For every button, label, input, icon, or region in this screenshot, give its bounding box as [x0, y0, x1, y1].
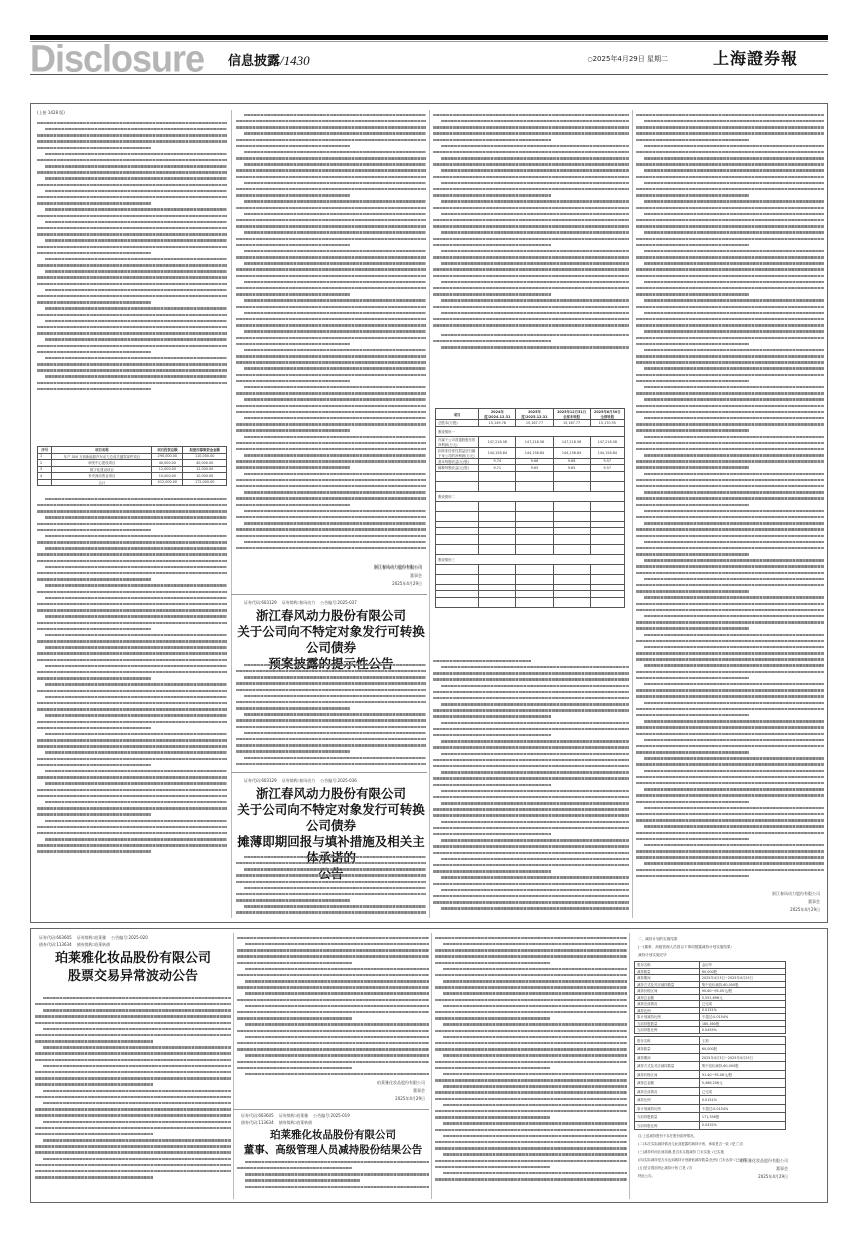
cfmoto-presale-article: 证券代码:603129 证券简称:春风动力 公告编号:2025-037 浙江春风… [236, 598, 426, 768]
body-text-block [237, 1157, 429, 1192]
column-divider [429, 110, 430, 918]
cfmoto-dilution-body-2: 浙江春风动力股份有限公司 董事会 2025年4月29日 [636, 108, 824, 918]
table-row: 减持方式及对应减持数量集中竞价减持,60,000股 [635, 1062, 786, 1071]
brand-wordmark: Disclosure [30, 41, 204, 77]
signature-block-1: 浙江春风动力股份有限公司 董事会 2025年4月29日 [236, 564, 422, 588]
column-divider [632, 110, 633, 918]
proya-reduction-body [435, 931, 627, 1201]
column-divider [231, 110, 232, 918]
body-text-block [435, 933, 627, 1184]
stock-codes: 证券代码:603605 证券简称:珀莱雅 公告编号:2025-019 [241, 1113, 429, 1119]
reduction-results-column: 二、减持计划的实施结果 (一)董事、高级管理人员因以下事项披露减持计划实施结果:… [632, 931, 792, 1201]
article-title: 珀莱雅化妆品股份有限公司 董事、高级管理人员减持股份结果公告 [237, 1128, 429, 1158]
body-text-block [37, 118, 227, 438]
masthead-bottom-rule [30, 74, 828, 75]
result-heading: 二、减持计划的实施结果 [638, 937, 792, 942]
cfmoto-dilution-article-head: 证券代码:603129 证券简称:春风动力 公告编号:2025-036 浙江春风… [236, 776, 426, 918]
financial-impact-table: 项目 2024年度/2024.12.31 2025年度/2025.12.31 2… [435, 408, 625, 608]
bond-codes: 债券代码:113634 债券简称:珀莱转债 [241, 1120, 429, 1126]
continued-article-column: (上接 1428 版) 序号 项目名称 项目投资总额 拟使用募集资金金额 1 [37, 108, 227, 918]
dateline: ○2025年4月29日 星期二 [587, 54, 668, 64]
table-row: 减持价格区间91.40~95.06元/股 [635, 1070, 786, 1079]
table-row: 减持期间2025年4月3日~2025年4月25日 [635, 1053, 786, 1062]
proya-abnormal-trading-body: 珀莱雅化妆品股份有限公司 董事会 2025年4月29日 [237, 931, 429, 1106]
article-title: 珀莱雅化妆品股份有限公司 股票交易异常波动公告 [35, 950, 231, 986]
result-subheading: (一)董事、高级管理人员因以下事项披露减持计划实施结果: [638, 945, 792, 950]
proya-abnormal-trading-article: 证券代码:603605 证券简称:珀莱雅 公告编号:2025-020 债券代码:… [35, 931, 231, 1201]
body-text-block [433, 656, 629, 913]
table-row: 归属于公司普通股股东的净利润(万元)147,218.58147,218.5814… [436, 436, 625, 447]
continued-article-column-2: 浙江春风动力股份有限公司 [236, 108, 426, 578]
table-row: 减持比例0.0151% [635, 1096, 786, 1105]
article-divider [231, 594, 427, 595]
projects-table-wrap: 序号 项目名称 项目投资总额 拟使用募集资金金额 1 年产 300 万套新能源汽… [37, 446, 227, 486]
continued-label: (上接 1428 版) [37, 110, 227, 116]
cfmoto-dilution-body: 项目 2024年度/2024.12.31 2025年度/2025.12.31 2… [433, 108, 629, 918]
column-divider [431, 933, 432, 1199]
masthead: Disclosure 信息披露/1430 ○2025年4月29日 星期二 上海證… [30, 42, 828, 72]
financial-impact-table-container: 项目 2024年度/2024.12.31 2025年度/2025.12.31 2… [435, 408, 625, 608]
table-row: 原计划减持比例不超过:0.0154% [635, 1104, 786, 1113]
table-row: 合计 412,000.00 172,000.00 [38, 479, 227, 486]
signature-block: 珀莱雅化妆品股份有限公司 董事会 2025年4月29日 [377, 1079, 425, 1103]
bottom-announcement-panel: 证券代码:603605 证券简称:珀莱雅 公告编号:2025-020 债券代码:… [30, 928, 828, 1203]
body-text-block [236, 660, 426, 768]
newspaper-logo: 上海證券報 [713, 46, 798, 69]
impact-table-wrap [433, 330, 629, 352]
table-row: 扣除非经常性损益后归属于母公司的净利润(万元)144,158.84144,158… [436, 447, 625, 458]
body-text-block [236, 110, 426, 553]
body-text-block [236, 852, 426, 918]
article-divider [233, 1109, 429, 1110]
signature-block: 珀莱雅化妆品股份有限公司 董事会 2025年4月29日 [740, 1157, 788, 1181]
proya-reduction-article-head: 证券代码:603605 证券简称:珀莱雅 公告编号:2025-019 债券代码:… [237, 1111, 429, 1201]
body-text-block [237, 933, 429, 1079]
body-text-block [433, 110, 629, 330]
body-text-block [636, 110, 824, 881]
result-subheading-2: 减持计划实施完毕 [638, 953, 792, 958]
column-divider [629, 933, 630, 1199]
signature-block: 浙江春风动力股份有限公司 董事会 2025年4月29日 [772, 890, 820, 914]
body-text-block [37, 494, 227, 914]
stock-codes: 证券代码:603129 证券简称:春风动力 公告编号:2025-037 [244, 600, 426, 606]
table-row: 减持数量60,000股 [635, 1045, 786, 1054]
top-announcement-panel: (上接 1428 版) 序号 项目名称 项目投资总额 拟使用募集资金金额 1 [30, 103, 828, 923]
column-divider [233, 933, 234, 1199]
table-row: 当前持股比例0.0455% [635, 1027, 786, 1034]
body-text-block [35, 993, 231, 1182]
body-text-block [433, 334, 629, 349]
bond-codes: 债券代码:113634 债券简称:珀莱转债 [39, 942, 231, 948]
stock-codes: 证券代码:603605 证券简称:珀莱雅 公告编号:2025-020 [39, 935, 231, 941]
investment-projects-table: 序号 项目名称 项目投资总额 拟使用募集资金金额 1 年产 300 万套新能源汽… [37, 446, 227, 486]
table-row: 减持完成情况已完成 [635, 1087, 786, 1096]
section-title: 信息披露/1430 [228, 50, 310, 69]
table-row: 股东名称王莉 [635, 1036, 786, 1045]
table-row: 当前持股比例0.0432% [635, 1121, 786, 1130]
article-divider [231, 772, 427, 773]
table-row: 当前持股数量171,356股 [635, 1113, 786, 1122]
table-row: 减持总金额5,486,206元 [635, 1079, 786, 1088]
reduction-table-1: 股东名称金衍华 减持数量60,000股 减持期间2025年4月3日~2025年4… [634, 961, 786, 1034]
reduction-table-2: 股东名称王莉 减持数量60,000股 减持期间2025年4月3日~2025年4月… [634, 1036, 786, 1131]
stock-codes: 证券代码:603129 证券简称:春风动力 公告编号:2025-036 [244, 778, 426, 784]
